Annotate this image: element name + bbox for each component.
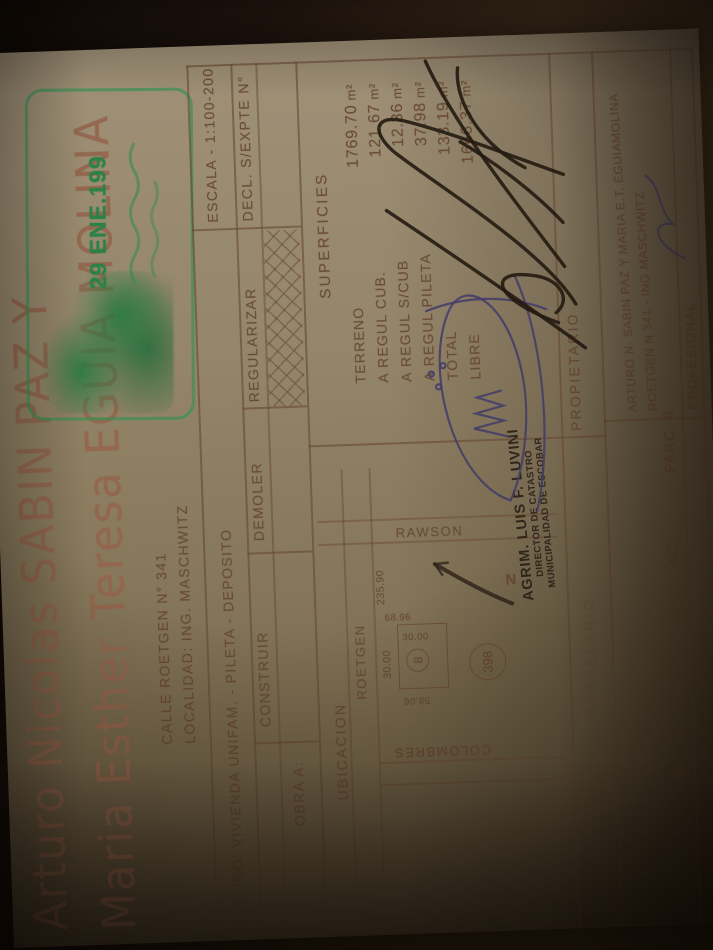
dim-inner-30: 30.00 — [402, 631, 429, 643]
stamp-date: 29 ENE.199 — [84, 155, 112, 289]
address-street: CALLE ROETGEN N° 341 — [152, 552, 175, 745]
obra-a-label: OBRA A: — [290, 761, 308, 827]
address-locality: LOCALIDAD: ING. MASCHWITZ — [174, 504, 198, 744]
block-number-circle: 398 — [469, 643, 507, 681]
regularizar-checked-hatch — [263, 230, 305, 407]
table-border — [604, 417, 704, 422]
dim-right-68: 68.96 — [385, 612, 412, 624]
superficie-label: TERRENO — [345, 168, 368, 383]
document-paper: Arturo Nicolas SABIN PAZ Y Maria Esther … — [0, 29, 713, 948]
nomenclatura-sect: SECT: M — [668, 641, 686, 707]
north-label: N — [505, 571, 516, 588]
profesional-label: PROFESIONAL — [682, 302, 701, 410]
stamp-crest-blob — [41, 271, 174, 414]
ubicacion-title: UBICACION — [332, 703, 351, 801]
table-border — [617, 797, 695, 802]
municipal-date-stamp: 29 ENE.199 — [25, 88, 195, 421]
superficies-title: SUPERFICIES — [313, 172, 334, 299]
table-border — [247, 550, 312, 554]
nomenclatura-mz: MZ: — [664, 535, 681, 564]
control-parcelario-label: CONTROL PARCELARIO — [580, 596, 603, 811]
escala-label: ESCALA - 1:100-200 — [199, 67, 220, 223]
dim-frontage-30: 30.00 — [381, 650, 394, 679]
nomenclatura-circ: CIRC: IV — [671, 726, 689, 793]
stamp-illegible-text-squiggle — [120, 87, 181, 287]
profesional-signature-squiggle — [635, 166, 694, 266]
photo-of-survey-plan: Arturo Nicolas SABIN PAZ Y Maria Esther … — [0, 0, 713, 950]
superficie-value: 1769.70m² — [342, 83, 363, 169]
margin-number: 5699 — [579, 908, 617, 926]
dim-to-corner-235: 235.90 — [374, 570, 387, 606]
table-border — [217, 921, 713, 941]
decl-expte-label: DECL. S/EXPTE N° — [235, 75, 256, 222]
dim-left-58: 58.06 — [403, 694, 430, 706]
demoler-label: DEMOLER — [248, 462, 267, 542]
street-line-colombres — [380, 778, 567, 786]
nomenclatura-row: CIRC: IV SECT: M FR: I MZ: — [664, 535, 689, 793]
regularizar-label: REGULARIZAR — [242, 287, 262, 402]
street-name-colombres: COLOMBRES — [393, 742, 491, 760]
street-name-roetgen: ROETGEN — [352, 624, 370, 700]
destino-label: DESTINO: VIVIENDA UNIFAM. - PILETA - DEP… — [218, 528, 248, 930]
nomenclatura-parc: PARC: 8 — [660, 409, 678, 473]
construir-label: CONSTRUIR — [254, 631, 273, 727]
propietario-signature — [361, 37, 604, 369]
nomenclatura-fr: FR: I — [666, 584, 683, 622]
table-border — [254, 740, 319, 744]
